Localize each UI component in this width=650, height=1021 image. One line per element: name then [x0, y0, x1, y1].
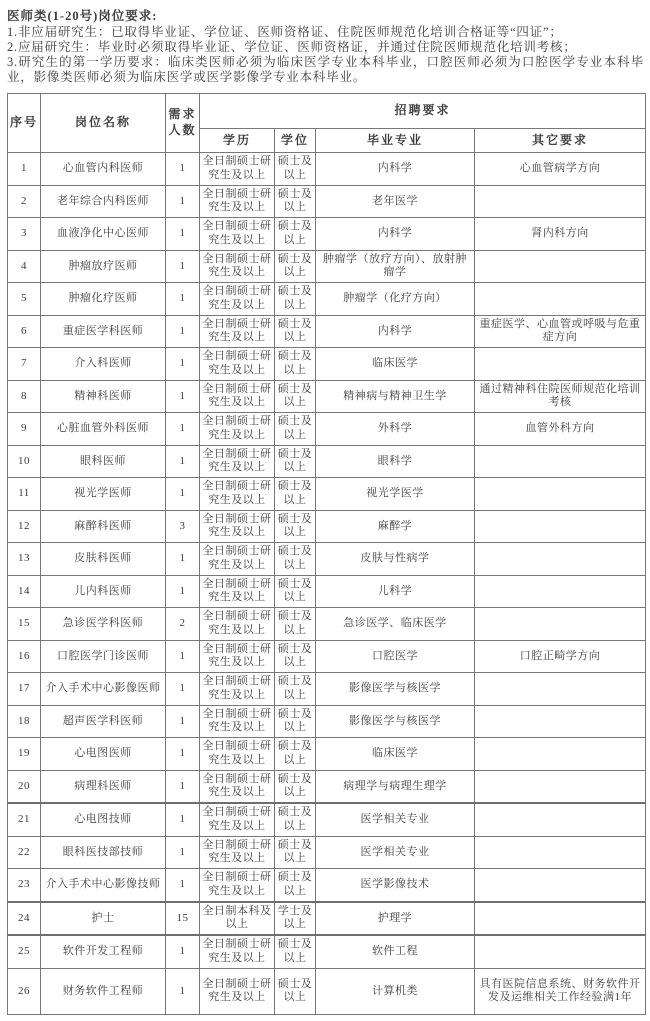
cell-headcount: 1 — [166, 413, 200, 446]
cell-other: 重症医学、心血管或呼吸与危重症方向 — [475, 315, 646, 348]
cell-major: 临床医学 — [316, 738, 475, 771]
cell-seq: 21 — [8, 803, 41, 836]
cell-headcount: 1 — [166, 315, 200, 348]
cell-seq: 26 — [8, 968, 41, 1015]
cell-other — [475, 803, 646, 836]
cell-other: 口腔正畸学方向 — [475, 640, 646, 673]
cell-major: 口腔医学 — [316, 640, 475, 673]
cell-seq: 15 — [8, 608, 41, 641]
cell-seq: 16 — [8, 640, 41, 673]
cell-education: 全日制硕士研究生及以上 — [200, 608, 275, 641]
table-row: 16 口腔医学门诊医师 1 全日制硕士研究生及以上 硕士及以上 口腔医学 口腔正… — [8, 640, 646, 673]
cell-degree: 硕士及以上 — [275, 575, 316, 608]
table-row: 1 心血管内科医师 1 全日制硕士研究生及以上 硕士及以上 内科学 心血管病学方… — [8, 153, 646, 186]
cell-major: 病理学与病理生理学 — [316, 770, 475, 803]
cell-position: 精神科医师 — [41, 380, 166, 413]
cell-education: 全日制硕士研究生及以上 — [200, 836, 275, 869]
cell-position: 急诊医学科医师 — [41, 608, 166, 641]
cell-headcount: 1 — [166, 283, 200, 316]
cell-education: 全日制硕士研究生及以上 — [200, 640, 275, 673]
cell-education: 全日制硕士研究生及以上 — [200, 283, 275, 316]
cell-position: 介入手术中心影像技师 — [41, 869, 166, 902]
cell-education: 全日制硕士研究生及以上 — [200, 218, 275, 251]
cell-position: 心电图医师 — [41, 738, 166, 771]
cell-position: 眼科医技部技师 — [41, 836, 166, 869]
cell-seq: 9 — [8, 413, 41, 446]
cell-headcount: 1 — [166, 218, 200, 251]
cell-headcount: 1 — [166, 968, 200, 1015]
cell-other — [475, 575, 646, 608]
cell-seq: 2 — [8, 185, 41, 218]
cell-education: 全日制硕士研究生及以上 — [200, 250, 275, 283]
cell-headcount: 1 — [166, 445, 200, 478]
cell-degree: 硕士及以上 — [275, 543, 316, 576]
cell-seq: 24 — [8, 902, 41, 936]
cell-major: 临床医学 — [316, 348, 475, 381]
table-row: 26 财务软件工程师 1 全日制硕士研究生及以上 硕士及以上 计算机类 具有医院… — [8, 968, 646, 1015]
cell-major: 医学相关专业 — [316, 803, 475, 836]
note-line-2: 2.应届研究生：毕业时必须取得毕业证、学位证、医师资格证，并通过住院医师规范化培… — [7, 40, 644, 55]
cell-education: 全日制硕士研究生及以上 — [200, 380, 275, 413]
cell-seq: 20 — [8, 770, 41, 803]
table-row: 6 重症医学科医师 1 全日制硕士研究生及以上 硕士及以上 内科学 重症医学、心… — [8, 315, 646, 348]
cell-seq: 14 — [8, 575, 41, 608]
table-row: 19 心电图医师 1 全日制硕士研究生及以上 硕士及以上 临床医学 — [8, 738, 646, 771]
cell-position: 病理科医师 — [41, 770, 166, 803]
cell-headcount: 1 — [166, 348, 200, 381]
cell-degree: 硕士及以上 — [275, 510, 316, 543]
table-row: 7 介入科医师 1 全日制硕士研究生及以上 硕士及以上 临床医学 — [8, 348, 646, 381]
cell-degree: 硕士及以上 — [275, 185, 316, 218]
cell-other — [475, 510, 646, 543]
cell-position: 软件开发工程师 — [41, 935, 166, 968]
cell-seq: 1 — [8, 153, 41, 186]
cell-seq: 17 — [8, 673, 41, 706]
cell-other — [475, 705, 646, 738]
cell-other — [475, 902, 646, 936]
cell-seq: 5 — [8, 283, 41, 316]
col-header-recruit-group: 招聘要求 — [200, 93, 646, 128]
cell-position: 肿瘤放疗医师 — [41, 250, 166, 283]
cell-major: 影像医学与核医学 — [316, 673, 475, 706]
cell-position: 麻醉科医师 — [41, 510, 166, 543]
table-row: 23 介入手术中心影像技师 1 全日制硕士研究生及以上 硕士及以上 医学影像技术 — [8, 869, 646, 902]
cell-seq: 6 — [8, 315, 41, 348]
cell-headcount: 1 — [166, 770, 200, 803]
cell-position: 护士 — [41, 902, 166, 936]
document: 医师类(1-20号)岗位要求: 1.非应届研究生：已取得毕业证、学位证、医师资格… — [0, 0, 650, 1021]
cell-degree: 硕士及以上 — [275, 348, 316, 381]
cell-education: 全日制硕士研究生及以上 — [200, 705, 275, 738]
cell-degree: 学士及以上 — [275, 902, 316, 936]
cell-degree: 硕士及以上 — [275, 153, 316, 186]
cell-position: 眼科医师 — [41, 445, 166, 478]
table-row: 17 介入手术中心影像医师 1 全日制硕士研究生及以上 硕士及以上 影像医学与核… — [8, 673, 646, 706]
cell-headcount: 1 — [166, 478, 200, 511]
cell-seq: 11 — [8, 478, 41, 511]
cell-education: 全日制硕士研究生及以上 — [200, 803, 275, 836]
cell-headcount: 1 — [166, 640, 200, 673]
table-row: 14 儿内科医师 1 全日制硕士研究生及以上 硕士及以上 儿科学 — [8, 575, 646, 608]
cell-position: 重症医学科医师 — [41, 315, 166, 348]
cell-headcount: 1 — [166, 705, 200, 738]
cell-other — [475, 478, 646, 511]
note-line-1: 1.非应届研究生：已取得毕业证、学位证、医师资格证、住院医师规范化培训合格证等“… — [7, 25, 644, 40]
cell-position: 视光学医师 — [41, 478, 166, 511]
cell-seq: 19 — [8, 738, 41, 771]
cell-seq: 7 — [8, 348, 41, 381]
cell-other: 通过精神科住院医师规范化培训考核 — [475, 380, 646, 413]
cell-major: 急诊医学、临床医学 — [316, 608, 475, 641]
cell-position: 儿内科医师 — [41, 575, 166, 608]
cell-position: 介入手术中心影像医师 — [41, 673, 166, 706]
cell-other — [475, 836, 646, 869]
col-header-other: 其它要求 — [475, 128, 646, 153]
table-row: 8 精神科医师 1 全日制硕士研究生及以上 硕士及以上 精神病与精神卫生学 通过… — [8, 380, 646, 413]
table-row: 13 皮肤科医师 1 全日制硕士研究生及以上 硕士及以上 皮肤与性病学 — [8, 543, 646, 576]
table-row: 12 麻醉科医师 3 全日制硕士研究生及以上 硕士及以上 麻醉学 — [8, 510, 646, 543]
cell-major: 软件工程 — [316, 935, 475, 968]
cell-education: 全日制硕士研究生及以上 — [200, 575, 275, 608]
cell-other — [475, 869, 646, 902]
cell-degree: 硕士及以上 — [275, 705, 316, 738]
table-row: 15 急诊医学科医师 2 全日制硕士研究生及以上 硕士及以上 急诊医学、临床医学 — [8, 608, 646, 641]
cell-other — [475, 673, 646, 706]
cell-headcount: 1 — [166, 935, 200, 968]
cell-degree: 硕士及以上 — [275, 283, 316, 316]
cell-major: 外科学 — [316, 413, 475, 446]
cell-education: 全日制硕士研究生及以上 — [200, 413, 275, 446]
cell-major: 内科学 — [316, 218, 475, 251]
cell-other: 血管外科方向 — [475, 413, 646, 446]
cell-headcount: 1 — [166, 543, 200, 576]
cell-major: 肿瘤学（化疗方向） — [316, 283, 475, 316]
table-row: 5 肿瘤化疗医师 1 全日制硕士研究生及以上 硕士及以上 肿瘤学（化疗方向） — [8, 283, 646, 316]
cell-major: 医学影像技术 — [316, 869, 475, 902]
cell-education: 全日制硕士研究生及以上 — [200, 770, 275, 803]
cell-education: 全日制硕士研究生及以上 — [200, 935, 275, 968]
cell-degree: 硕士及以上 — [275, 770, 316, 803]
cell-education: 全日制硕士研究生及以上 — [200, 673, 275, 706]
cell-headcount: 2 — [166, 608, 200, 641]
cell-seq: 22 — [8, 836, 41, 869]
cell-other — [475, 348, 646, 381]
cell-position: 血液净化中心医师 — [41, 218, 166, 251]
table-row: 10 眼科医师 1 全日制硕士研究生及以上 硕士及以上 眼科学 — [8, 445, 646, 478]
cell-education: 全日制硕士研究生及以上 — [200, 738, 275, 771]
cell-other: 心血管病学方向 — [475, 153, 646, 186]
cell-education: 全日制硕士研究生及以上 — [200, 478, 275, 511]
cell-degree: 硕士及以上 — [275, 608, 316, 641]
cell-seq: 13 — [8, 543, 41, 576]
cell-education: 全日制本科及以上 — [200, 902, 275, 936]
cell-seq: 4 — [8, 250, 41, 283]
cell-degree: 硕士及以上 — [275, 380, 316, 413]
cell-degree: 硕士及以上 — [275, 803, 316, 836]
col-header-degree: 学位 — [275, 128, 316, 153]
cell-major: 肿瘤学（放疗方向）、放射肿瘤学 — [316, 250, 475, 283]
cell-major: 精神病与精神卫生学 — [316, 380, 475, 413]
cell-other — [475, 185, 646, 218]
cell-headcount: 1 — [166, 738, 200, 771]
cell-education: 全日制硕士研究生及以上 — [200, 968, 275, 1015]
cell-seq: 12 — [8, 510, 41, 543]
cell-education: 全日制硕士研究生及以上 — [200, 348, 275, 381]
table-row: 2 老年综合内科医师 1 全日制硕士研究生及以上 硕士及以上 老年医学 — [8, 185, 646, 218]
cell-headcount: 1 — [166, 673, 200, 706]
cell-major: 内科学 — [316, 315, 475, 348]
table-row: 9 心脏血管外科医师 1 全日制硕士研究生及以上 硕士及以上 外科学 血管外科方… — [8, 413, 646, 446]
cell-position: 口腔医学门诊医师 — [41, 640, 166, 673]
cell-degree: 硕士及以上 — [275, 413, 316, 446]
table-row: 3 血液净化中心医师 1 全日制硕士研究生及以上 硕士及以上 内科学 肾内科方向 — [8, 218, 646, 251]
cell-education: 全日制硕士研究生及以上 — [200, 185, 275, 218]
cell-education: 全日制硕士研究生及以上 — [200, 869, 275, 902]
cell-major: 老年医学 — [316, 185, 475, 218]
cell-headcount: 1 — [166, 153, 200, 186]
col-header-position: 岗位名称 — [41, 93, 166, 153]
cell-seq: 18 — [8, 705, 41, 738]
cell-headcount: 1 — [166, 836, 200, 869]
cell-degree: 硕士及以上 — [275, 869, 316, 902]
table-row: 21 心电图技师 1 全日制硕士研究生及以上 硕士及以上 医学相关专业 — [8, 803, 646, 836]
cell-other — [475, 445, 646, 478]
cell-other — [475, 770, 646, 803]
cell-major: 医学相关专业 — [316, 836, 475, 869]
col-header-major: 毕业专业 — [316, 128, 475, 153]
cell-education: 全日制硕士研究生及以上 — [200, 153, 275, 186]
cell-degree: 硕士及以上 — [275, 478, 316, 511]
cell-education: 全日制硕士研究生及以上 — [200, 315, 275, 348]
cell-position: 财务软件工程师 — [41, 968, 166, 1015]
cell-degree: 硕士及以上 — [275, 673, 316, 706]
col-header-seq: 序号 — [8, 93, 41, 153]
cell-headcount: 15 — [166, 902, 200, 936]
cell-seq: 10 — [8, 445, 41, 478]
cell-headcount: 1 — [166, 575, 200, 608]
cell-seq: 25 — [8, 935, 41, 968]
cell-other — [475, 250, 646, 283]
cell-position: 老年综合内科医师 — [41, 185, 166, 218]
cell-headcount: 1 — [166, 250, 200, 283]
cell-other — [475, 608, 646, 641]
cell-degree: 硕士及以上 — [275, 445, 316, 478]
cell-major: 影像医学与核医学 — [316, 705, 475, 738]
table-row: 11 视光学医师 1 全日制硕士研究生及以上 硕士及以上 视光学医学 — [8, 478, 646, 511]
table-row: 4 肿瘤放疗医师 1 全日制硕士研究生及以上 硕士及以上 肿瘤学（放疗方向）、放… — [8, 250, 646, 283]
cell-major: 护理学 — [316, 902, 475, 936]
cell-degree: 硕士及以上 — [275, 836, 316, 869]
table-row: 18 超声医学科医师 1 全日制硕士研究生及以上 硕士及以上 影像医学与核医学 — [8, 705, 646, 738]
cell-other — [475, 283, 646, 316]
cell-position: 肿瘤化疗医师 — [41, 283, 166, 316]
cell-headcount: 1 — [166, 803, 200, 836]
job-table-body: 1 心血管内科医师 1 全日制硕士研究生及以上 硕士及以上 内科学 心血管病学方… — [8, 153, 646, 1015]
cell-other — [475, 935, 646, 968]
cell-position: 心脏血管外科医师 — [41, 413, 166, 446]
job-requirements-table: 序号 岗位名称 需求人数 招聘要求 学历 学位 毕业专业 其它要求 1 心血管内… — [7, 93, 646, 1016]
cell-position: 心电图技师 — [41, 803, 166, 836]
cell-other: 具有医院信息系统、财务软件开发及运维相关工作经验满1年 — [475, 968, 646, 1015]
cell-headcount: 1 — [166, 869, 200, 902]
doc-title: 医师类(1-20号)岗位要求: — [7, 9, 644, 25]
cell-major: 儿科学 — [316, 575, 475, 608]
cell-seq: 23 — [8, 869, 41, 902]
cell-degree: 硕士及以上 — [275, 640, 316, 673]
cell-degree: 硕士及以上 — [275, 315, 316, 348]
cell-position: 超声医学科医师 — [41, 705, 166, 738]
table-header: 序号 岗位名称 需求人数 招聘要求 学历 学位 毕业专业 其它要求 — [8, 93, 646, 153]
cell-major: 眼科学 — [316, 445, 475, 478]
table-row: 22 眼科医技部技师 1 全日制硕士研究生及以上 硕士及以上 医学相关专业 — [8, 836, 646, 869]
cell-major: 麻醉学 — [316, 510, 475, 543]
cell-major: 计算机类 — [316, 968, 475, 1015]
cell-major: 皮肤与性病学 — [316, 543, 475, 576]
cell-degree: 硕士及以上 — [275, 968, 316, 1015]
cell-major: 视光学医学 — [316, 478, 475, 511]
cell-other — [475, 738, 646, 771]
col-header-education: 学历 — [200, 128, 275, 153]
cell-headcount: 1 — [166, 380, 200, 413]
col-header-headcount: 需求人数 — [166, 93, 200, 153]
cell-education: 全日制硕士研究生及以上 — [200, 510, 275, 543]
cell-degree: 硕士及以上 — [275, 218, 316, 251]
cell-education: 全日制硕士研究生及以上 — [200, 543, 275, 576]
note-line-3: 3.研究生的第一学历要求：临床类医师必须为临床医学专业本科毕业，口腔医师必须为口… — [7, 55, 644, 86]
cell-position: 心血管内科医师 — [41, 153, 166, 186]
cell-other — [475, 543, 646, 576]
cell-headcount: 3 — [166, 510, 200, 543]
table-row: 25 软件开发工程师 1 全日制硕士研究生及以上 硕士及以上 软件工程 — [8, 935, 646, 968]
cell-degree: 硕士及以上 — [275, 738, 316, 771]
cell-education: 全日制硕士研究生及以上 — [200, 445, 275, 478]
cell-degree: 硕士及以上 — [275, 250, 316, 283]
table-row: 20 病理科医师 1 全日制硕士研究生及以上 硕士及以上 病理学与病理生理学 — [8, 770, 646, 803]
cell-seq: 8 — [8, 380, 41, 413]
cell-degree: 硕士及以上 — [275, 935, 316, 968]
cell-headcount: 1 — [166, 185, 200, 218]
cell-seq: 3 — [8, 218, 41, 251]
cell-other: 肾内科方向 — [475, 218, 646, 251]
cell-major: 内科学 — [316, 153, 475, 186]
table-row: 24 护士 15 全日制本科及以上 学士及以上 护理学 — [8, 902, 646, 936]
cell-position: 介入科医师 — [41, 348, 166, 381]
cell-position: 皮肤科医师 — [41, 543, 166, 576]
